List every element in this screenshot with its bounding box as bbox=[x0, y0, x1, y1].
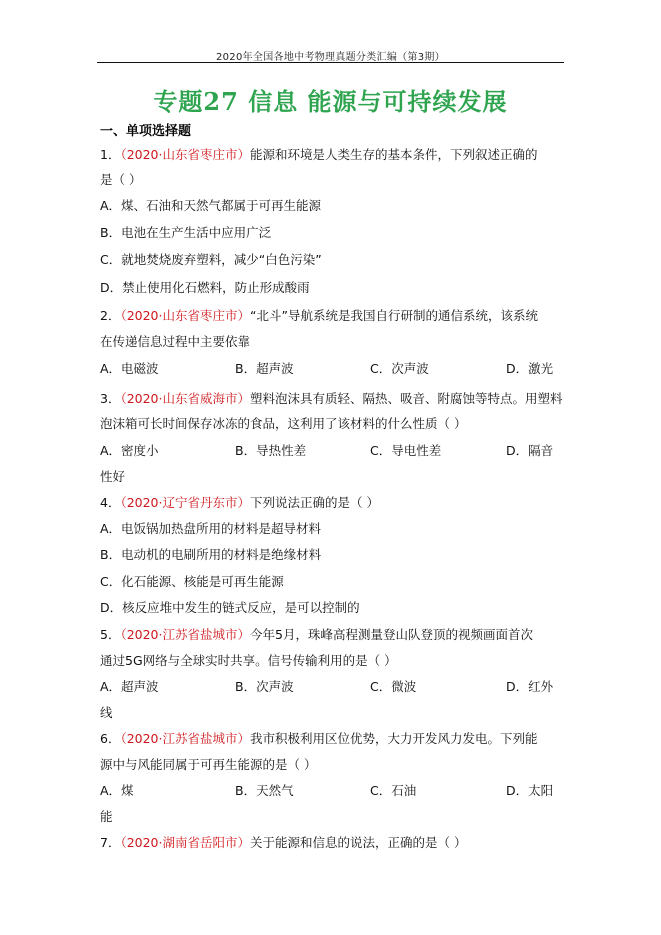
option-c: C．微波 bbox=[370, 679, 416, 695]
question-5-stem: 5．（2020·江苏省盐城市）今年5月，珠峰高程测量登山队登顶的视频画面首次 bbox=[100, 627, 560, 643]
question-4-option-a: A．电饭锅加热盘所用的材料是超导材料 bbox=[100, 521, 560, 537]
question-2-stem: 2．（2020·山东省枣庄市）“北斗”导航系统是我国自行研制的通信系统，该系统 bbox=[100, 308, 560, 324]
question-3-option-wrap: 性好 bbox=[100, 469, 560, 485]
question-1-option-a: A．煤、石油和天然气都属于可再生能源 bbox=[100, 198, 560, 214]
option-b: B．导热性差 bbox=[235, 443, 306, 459]
option-c: C．导电性差 bbox=[370, 443, 441, 459]
question-6-option-wrap: 能 bbox=[100, 809, 560, 825]
question-6-stem-cont: 源中与风能同属于可再生能源的是（ ） bbox=[100, 757, 560, 773]
question-source: （2020·江苏省盐城市） bbox=[120, 627, 250, 642]
question-source: （2020·湖南省岳阳市） bbox=[120, 835, 250, 850]
option-a: A．煤 bbox=[100, 783, 134, 799]
option-b: B．次声波 bbox=[235, 679, 294, 695]
option-b: B．超声波 bbox=[235, 361, 294, 377]
question-1-option-c: C．就地焚烧废弃塑料，减少“白色污染” bbox=[100, 252, 560, 268]
question-number: 4． bbox=[100, 495, 120, 510]
question-6-stem: 6．（2020·江苏省盐城市）我市积极利用区位优势，大力开发风力发电。下列能 bbox=[100, 731, 560, 747]
document-title: 专题27 信息 能源与可持续发展 bbox=[97, 82, 564, 117]
option-d: D．太阳 bbox=[506, 783, 553, 799]
question-4-option-c: C．化石能源、核能是可再生能源 bbox=[100, 574, 560, 590]
question-source: （2020·山东省枣庄市） bbox=[120, 308, 250, 323]
option-c: C．次声波 bbox=[370, 361, 429, 377]
question-text: 塑料泡沫具有质轻、隔热、吸音、附腐蚀等特点。用塑料 bbox=[250, 391, 563, 406]
question-3-stem-cont: 泡沫箱可长时间保存冰冻的食品，这利用了该材料的什么性质（ ） bbox=[100, 416, 560, 432]
question-text: 今年5月，珠峰高程测量登山队登顶的视频画面首次 bbox=[250, 627, 533, 642]
option-a: A．电磁波 bbox=[100, 361, 159, 377]
question-4-stem: 4．（2020·辽宁省丹东市）下列说法正确的是（ ） bbox=[100, 495, 560, 511]
question-text: 我市积极利用区位优势，大力开发风力发电。下列能 bbox=[250, 731, 538, 746]
question-number: 7． bbox=[100, 835, 120, 850]
question-4-option-d: D．核反应堆中发生的链式反应，是可以控制的 bbox=[100, 600, 560, 616]
question-3-stem: 3．（2020·山东省威海市）塑料泡沫具有质轻、隔热、吸音、附腐蚀等特点。用塑料 bbox=[100, 391, 560, 407]
question-number: 3． bbox=[100, 391, 120, 406]
question-text: 能源和环境是人类生存的基本条件，下列叙述正确的 bbox=[250, 147, 538, 162]
question-1-option-d: D．禁止使用化石燃料，防止形成酸雨 bbox=[100, 280, 560, 296]
section-heading: 一、单项选择题 bbox=[100, 120, 191, 139]
question-text: 下列说法正确的是（ ） bbox=[250, 495, 379, 510]
question-source: （2020·江苏省盐城市） bbox=[120, 731, 250, 746]
question-5-stem-cont: 通过5G网络与全球实时共享。信号传输利用的是（ ） bbox=[100, 653, 560, 669]
option-d: D．红外 bbox=[506, 679, 553, 695]
option-a: A．超声波 bbox=[100, 679, 159, 695]
question-5-option-wrap: 线 bbox=[100, 705, 560, 721]
question-number: 6． bbox=[100, 731, 120, 746]
question-source: （2020·山东省威海市） bbox=[120, 391, 250, 406]
question-number: 2． bbox=[100, 308, 120, 323]
option-b: B．天然气 bbox=[235, 783, 294, 799]
question-text: 关于能源和信息的说法，正确的是（ ） bbox=[250, 835, 466, 850]
option-d: D．隔音 bbox=[506, 443, 553, 459]
question-source: （2020·山东省枣庄市） bbox=[120, 147, 250, 162]
document-page: 2020年全国各地中考物理真题分类汇编（第3期） 专题27 信息 能源与可持续发… bbox=[0, 0, 661, 935]
question-7-stem: 7．（2020·湖南省岳阳市）关于能源和信息的说法，正确的是（ ） bbox=[100, 835, 560, 851]
option-a: A．密度小 bbox=[100, 443, 159, 459]
question-1-stem-cont: 是（ ） bbox=[100, 172, 560, 188]
question-number: 5． bbox=[100, 627, 120, 642]
question-1-option-b: B．电池在生产生活中应用广泛 bbox=[100, 225, 560, 241]
question-1-stem: 1．（2020·山东省枣庄市）能源和环境是人类生存的基本条件，下列叙述正确的 bbox=[100, 147, 560, 163]
question-text: “北斗”导航系统是我国自行研制的通信系统，该系统 bbox=[250, 308, 538, 323]
question-source: （2020·辽宁省丹东市） bbox=[120, 495, 250, 510]
option-c: C．石油 bbox=[370, 783, 416, 799]
question-4-option-b: B．电动机的电刷所用的材料是绝缘材料 bbox=[100, 547, 560, 563]
question-2-stem-cont: 在传递信息过程中主要依靠 bbox=[100, 334, 560, 350]
header-rule bbox=[97, 62, 564, 63]
question-number: 1． bbox=[100, 147, 120, 162]
option-d: D．激光 bbox=[506, 361, 553, 377]
running-header: 2020年全国各地中考物理真题分类汇编（第3期） bbox=[97, 48, 564, 63]
